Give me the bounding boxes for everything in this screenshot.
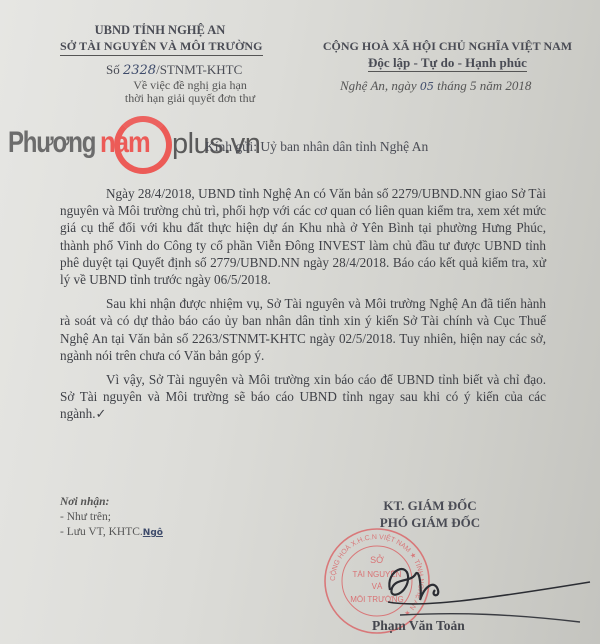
document-body: Ngày 28/4/2018, UBND tỉnh Nghệ An có Văn… bbox=[60, 185, 546, 430]
document-subject: Về việc đề nghị gia hạn thời hạn giải qu… bbox=[110, 79, 270, 105]
recipient-item: - Lưu VT, KHTC.Ngô bbox=[60, 525, 163, 541]
document-date: Nghệ An, ngày 05 tháng 5 năm 2018 bbox=[340, 78, 531, 94]
authority-name: UBND TỈNH NGHỆ AN bbox=[60, 22, 260, 38]
department-name: SỞ TÀI NGUYÊN VÀ MÔI TRƯỜNG bbox=[60, 38, 263, 56]
recipient-item: - Như trên; bbox=[60, 510, 163, 525]
ref-prefix: Số bbox=[106, 62, 120, 77]
ref-suffix: /STNMT-KHTC bbox=[156, 62, 242, 77]
handwritten-initials: Ngô bbox=[143, 528, 163, 538]
date-suffix: tháng 5 năm 2018 bbox=[437, 78, 531, 93]
subject-line: thời hạn giải quyết đơn thư bbox=[110, 92, 270, 105]
reference-number: Số 2328/STNMT-KHTC bbox=[106, 62, 242, 78]
ref-number-handwritten: 2328 bbox=[123, 63, 156, 78]
watermark-text-part2: nam bbox=[100, 126, 150, 160]
national-header: CỘNG HOÀ XÃ HỘI CHỦ NGHĨA VIỆT NAM Độc l… bbox=[300, 38, 595, 72]
signer-name: Phạm Văn Toản bbox=[372, 618, 465, 634]
recipients-block: Nơi nhận: - Như trên; - Lưu VT, KHTC.Ngô bbox=[60, 495, 163, 541]
date-day-handwritten: 05 bbox=[420, 80, 434, 93]
body-paragraph: Vì vậy, Sở Tài nguyên và Môi trường xin … bbox=[60, 371, 546, 423]
watermark-text-part1: Phương bbox=[8, 126, 95, 160]
signature-title-line: KT. GIÁM ĐỐC bbox=[360, 497, 500, 514]
date-prefix: Nghệ An, ngày bbox=[340, 78, 417, 93]
nation-name: CỘNG HOÀ XÃ HỘI CHỦ NGHĨA VIỆT NAM bbox=[300, 38, 595, 54]
recipient-line: Kính gửi: Uỷ ban nhân dân tỉnh Nghệ An bbox=[205, 139, 428, 155]
issuing-authority-header: UBND TỈNH NGHỆ AN SỞ TÀI NGUYÊN VÀ MÔI T… bbox=[60, 22, 260, 56]
recipients-title: Nơi nhận: bbox=[60, 495, 163, 510]
national-motto: Độc lập - Tự do - Hạnh phúc bbox=[368, 54, 527, 72]
body-paragraph: Ngày 28/4/2018, UBND tỉnh Nghệ An có Văn… bbox=[60, 185, 546, 288]
body-paragraph: Sau khi nhận được nhiệm vụ, Sở Tài nguyê… bbox=[60, 295, 546, 364]
